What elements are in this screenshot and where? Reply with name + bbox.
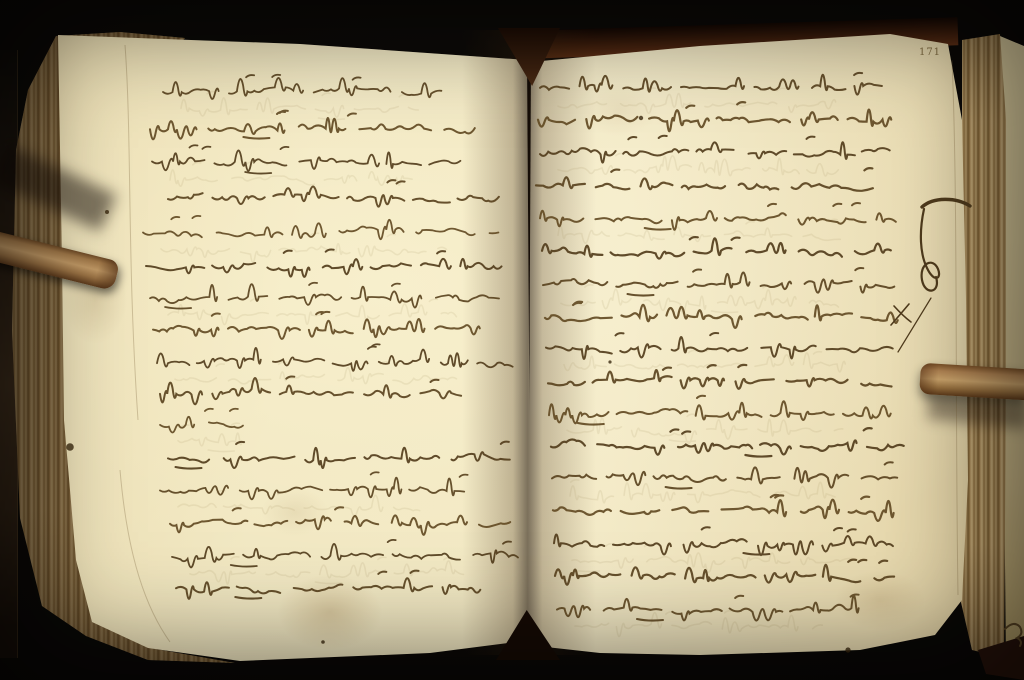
right-wooden-bookmark-stick bbox=[919, 363, 1024, 400]
folio-number: 171 bbox=[910, 47, 950, 58]
book-gutter-fold bbox=[462, 30, 596, 655]
manuscript-photo: 171 bbox=[0, 0, 1024, 680]
